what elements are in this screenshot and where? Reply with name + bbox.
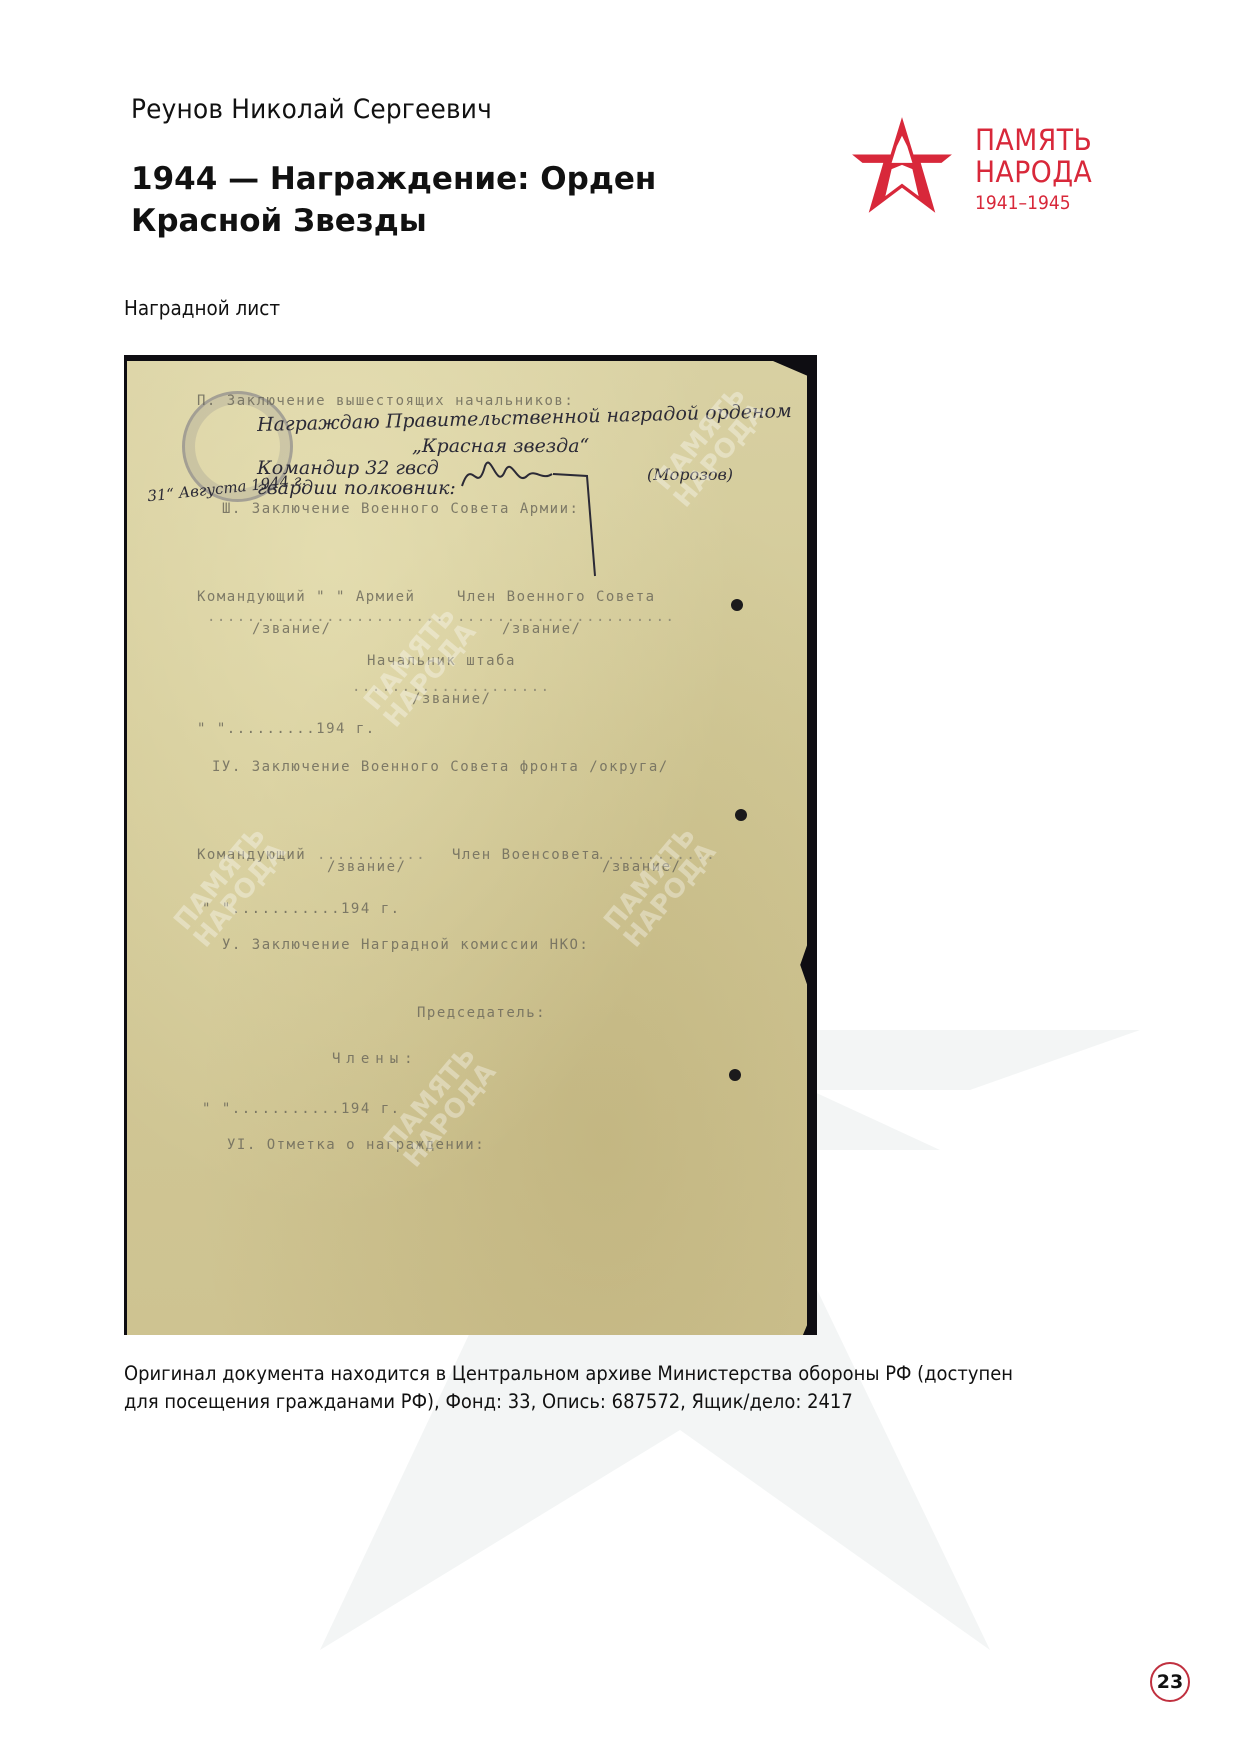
logo-years: 1941–1945 — [975, 190, 1090, 216]
scan-line: IУ. Заключение Военного Совета фронта /о… — [212, 759, 669, 775]
document-caption: Наградной лист — [124, 296, 280, 320]
paper-sheet: П. Заключение вышестоящих начальников: Н… — [127, 361, 807, 1335]
scan-line: /звание/ — [252, 621, 331, 637]
scan-line: Председатель: — [417, 1005, 546, 1021]
scan-line: Ш. Заключение Военного Совета Армии: — [222, 501, 579, 517]
scan-line: Член Военсовета — [452, 847, 601, 863]
scan-line: Командующий " " Армией — [197, 589, 415, 605]
logo-title-line2: НАРОДА — [975, 156, 1092, 188]
punch-hole-icon — [729, 1069, 741, 1081]
archive-note: Оригинал документа находится в Центральн… — [124, 1360, 1044, 1416]
watermark-text: ПАМЯТЬНАРОДА — [600, 822, 721, 952]
red-star-icon — [850, 115, 954, 219]
scan-line: " ".........194 г. — [197, 721, 376, 737]
scan-line: " "...........194 г. — [202, 1101, 401, 1117]
logo-title-line1: ПАМЯТЬ — [975, 124, 1092, 156]
punch-hole-icon — [735, 809, 747, 821]
scan-line: /звание/ — [327, 859, 406, 875]
award-sheet-scan[interactable]: П. Заключение вышестоящих начальников: Н… — [124, 355, 817, 1335]
page-number: 23 — [1150, 1662, 1190, 1702]
scan-line: Член Военного Совета — [457, 589, 656, 605]
person-name: Реунов Николай Сергеевич — [131, 94, 492, 125]
scan-line: Члены: — [332, 1051, 419, 1067]
pamyat-naroda-logo[interactable]: ПАМЯТЬ НАРОДА 1941–1945 — [850, 115, 1130, 220]
scan-line: /звание/ — [502, 621, 581, 637]
award-title: 1944 — Награждение: Орден Красной Звезды — [131, 158, 751, 242]
scan-line: У. Заключение Наградной комиссии НКО: — [222, 937, 589, 953]
punch-hole-icon — [731, 599, 743, 611]
watermark-text: ПАМЯТЬНАРОДА — [170, 822, 291, 952]
